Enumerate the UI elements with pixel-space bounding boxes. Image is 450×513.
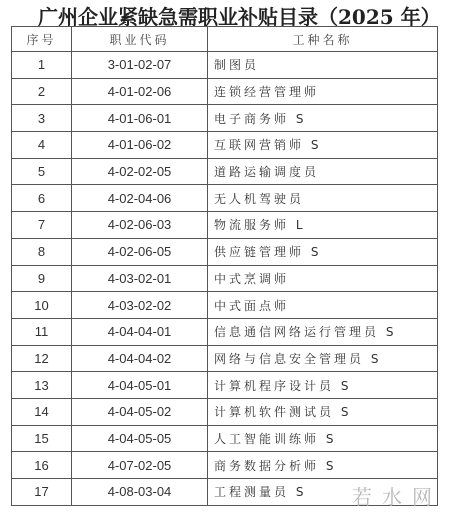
serial-number-cell: 11 (12, 318, 72, 345)
occupation-code-cell: 4-01-06-02 (72, 132, 208, 159)
job-name-cell: 互联网营销师 S (208, 132, 438, 159)
table-row: 13-01-02-07制图员 (12, 52, 438, 79)
job-name-cell: 供应链管理师 S (208, 238, 438, 265)
serial-number-cell: 2 (12, 78, 72, 105)
job-name-cell: 计算机软件测试员 S (208, 398, 438, 425)
table-row: 64-02-04-06无人机驾驶员 (12, 185, 438, 212)
occupation-code-cell: 4-04-05-01 (72, 372, 208, 399)
table-row: 164-07-02-05商务数据分析师 S (12, 452, 438, 479)
table-row: 44-01-06-02互联网营销师 S (12, 132, 438, 159)
job-name-cell: 物流服务师 L (208, 212, 438, 239)
job-name-cell: 商务数据分析师 S (208, 452, 438, 479)
table-row: 24-01-02-06连锁经营管理师 (12, 78, 438, 105)
table-row: 84-02-06-05供应链管理师 S (12, 238, 438, 265)
serial-number-cell: 3 (12, 105, 72, 132)
job-name-cell: 道路运输调度员 (208, 158, 438, 185)
occupation-code-cell: 4-04-04-01 (72, 318, 208, 345)
job-name-cell: 中式烹调师 (208, 265, 438, 292)
serial-number-cell: 17 (12, 479, 72, 506)
job-name-cell: 制图员 (208, 52, 438, 79)
occupation-code-cell: 4-02-02-05 (72, 158, 208, 185)
serial-number-cell: 4 (12, 132, 72, 159)
occupation-code-cell: 4-03-02-02 (72, 292, 208, 319)
occupation-code-cell: 4-08-03-04 (72, 479, 208, 506)
table-row: 154-04-05-05人工智能训练师 S (12, 425, 438, 452)
occupation-code-cell: 4-02-06-05 (72, 238, 208, 265)
job-name-cell: 计算机程序设计员 S (208, 372, 438, 399)
occupation-code-cell: 4-02-06-03 (72, 212, 208, 239)
job-name-cell: 信息通信网络运行管理员 S (208, 318, 438, 345)
table-row: 34-01-06-01电子商务师 S (12, 105, 438, 132)
job-name-cell: 连锁经营管理师 (208, 78, 438, 105)
table-row: 114-04-04-01信息通信网络运行管理员 S (12, 318, 438, 345)
occupation-code-cell: 4-04-04-02 (72, 345, 208, 372)
job-name-cell: 中式面点师 (208, 292, 438, 319)
serial-number-cell: 7 (12, 212, 72, 239)
header-job-name: 工种名称 (208, 27, 438, 52)
serial-number-cell: 10 (12, 292, 72, 319)
serial-number-cell: 9 (12, 265, 72, 292)
job-name-cell: 电子商务师 S (208, 105, 438, 132)
watermark: 若水网 (352, 481, 442, 510)
occupation-code-cell: 4-04-05-02 (72, 398, 208, 425)
table-row: 104-03-02-02中式面点师 (12, 292, 438, 319)
table-row: 54-02-02-05道路运输调度员 (12, 158, 438, 185)
job-name-cell: 网络与信息安全管理员 S (208, 345, 438, 372)
occupation-code-cell: 3-01-02-07 (72, 52, 208, 79)
serial-number-cell: 8 (12, 238, 72, 265)
serial-number-cell: 15 (12, 425, 72, 452)
serial-number-cell: 6 (12, 185, 72, 212)
table-row: 94-03-02-01中式烹调师 (12, 265, 438, 292)
occupation-code-cell: 4-01-02-06 (72, 78, 208, 105)
table-header-row: 序号 职业代码 工种名称 (12, 27, 438, 52)
table-row: 124-04-04-02网络与信息安全管理员 S (12, 345, 438, 372)
table-row: 144-04-05-02计算机软件测试员 S (12, 398, 438, 425)
header-serial-number: 序号 (12, 27, 72, 52)
table-row: 134-04-05-01计算机程序设计员 S (12, 372, 438, 399)
header-occupation-code: 职业代码 (72, 27, 208, 52)
serial-number-cell: 12 (12, 345, 72, 372)
occupation-code-cell: 4-01-06-01 (72, 105, 208, 132)
serial-number-cell: 16 (12, 452, 72, 479)
occupation-code-cell: 4-04-05-05 (72, 425, 208, 452)
table-row: 74-02-06-03物流服务师 L (12, 212, 438, 239)
occupation-code-cell: 4-03-02-01 (72, 265, 208, 292)
serial-number-cell: 5 (12, 158, 72, 185)
occupation-subsidy-table: 序号 职业代码 工种名称 13-01-02-07制图员24-01-02-06连锁… (11, 26, 438, 506)
serial-number-cell: 1 (12, 52, 72, 79)
occupation-code-cell: 4-07-02-05 (72, 452, 208, 479)
occupation-code-cell: 4-02-04-06 (72, 185, 208, 212)
job-name-cell: 人工智能训练师 S (208, 425, 438, 452)
serial-number-cell: 14 (12, 398, 72, 425)
job-name-cell: 无人机驾驶员 (208, 185, 438, 212)
serial-number-cell: 13 (12, 372, 72, 399)
